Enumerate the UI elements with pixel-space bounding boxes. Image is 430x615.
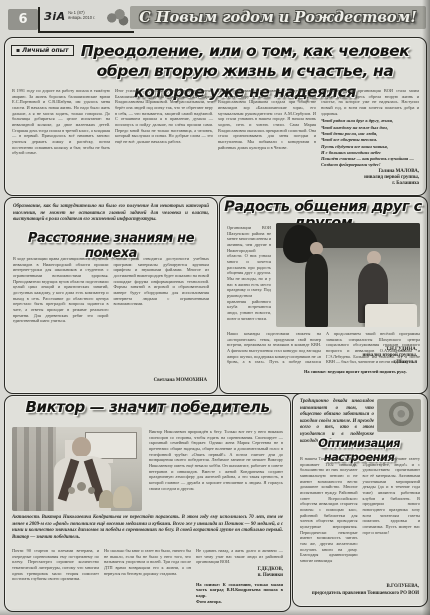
holly-decoration-icon — [104, 8, 130, 26]
article-rasstoyanie-body: В ходе реализации права дистанционного о… — [13, 256, 209, 372]
author-signature: Г.ДЕДКОВ, п. Починки — [196, 567, 283, 580]
body-column: Не сдавать назад, а жить долго и активно… — [196, 548, 283, 606]
article-preodolenie: ▪ Личный опыт Преодоление, или о том, ка… — [4, 37, 427, 196]
viktor-portrait-photo — [12, 427, 142, 511]
body-column-text: Теперь городская организация ВОИ стала м… — [321, 88, 419, 116]
certificate-frames — [85, 432, 136, 459]
rubric-label: ▪ Личный опыт — [11, 45, 74, 56]
event-photo — [276, 223, 420, 327]
body-column: Итог усилий — я попала в поле зрения пра… — [115, 88, 213, 189]
article-radost: Радость общения друг с другом Организаци… — [219, 196, 428, 394]
flower-photo — [377, 399, 421, 432]
page-number: 6 — [8, 9, 38, 30]
masthead-logo: ЗіА — [44, 11, 66, 22]
photo-caption: На снимке: ведущая просит зрителей подня… — [304, 369, 420, 375]
award-ribbons-background — [12, 427, 56, 511]
body-column: В нашем Тоншаевском районе проживает 110… — [300, 456, 358, 574]
newspaper-page: 6 ЗіА № 1 (87) январь 2010 г. С Новым го… — [0, 0, 430, 615]
photo-caption: На снимке: К сожалению, только малая час… — [196, 582, 283, 605]
article-viktor-photo-lead: Активность Виктора Николаевича Кондратье… — [12, 515, 283, 541]
body-column: Но сколько бы книг и газет ни было, ниче… — [104, 548, 191, 606]
white-table — [365, 304, 417, 327]
rubric-label-text: Личный опыт — [22, 47, 68, 54]
header-vertical-rule — [38, 7, 40, 32]
article-preodolenie-body: В 1991 году по дороге на работу попала в… — [12, 88, 419, 189]
header-horizontal-rule — [38, 31, 134, 33]
poem: Чтоб рядом шли друг к другу, живя, Чтоб … — [321, 118, 419, 168]
man-in-suit-figure — [305, 254, 328, 327]
article-optimizaciya-body: В нашем Тоншаевском районе проживает 110… — [300, 456, 420, 574]
author-signature: Т.Н.ГУДИНА, инвалид второй группы, г.Шах… — [362, 347, 417, 366]
body-column: Почти 90 стартов за плечами ветерана, и … — [12, 548, 99, 606]
holiday-banner: С Новым годом и Рождеством! — [130, 6, 426, 29]
body-column: безвозмездно получают газету «Здравствуй… — [363, 456, 421, 574]
body-column: Особая роль отводится доступности учебны… — [114, 256, 210, 372]
author-signature: Галина МАЛОВА, инвалид первой группы, г.… — [321, 169, 419, 188]
article-optimizaciya: Традиционно декада инвалидов напоминает … — [292, 393, 428, 607]
body-column-text: Не сдавать назад, а жить долго и активно… — [196, 548, 283, 565]
viktor-head — [72, 437, 92, 457]
body-column: Теперь городская организация ВОИ стала м… — [321, 88, 419, 189]
article-rasstoyanie-intro: Образование, как бы затруднительно ни бы… — [13, 204, 209, 224]
author-signature: Светлана МОМОХИНА — [154, 378, 207, 384]
holiday-banner-text: С Новым годом и Рождеством! — [139, 9, 416, 26]
body-column: Люди оборачиваются, но главное — не отча… — [218, 88, 316, 189]
article-viktor-title: Виктор — значит победитель — [9, 398, 286, 416]
article-viktor: Виктор — значит победитель Виктор Никола… — [4, 395, 291, 612]
article-viktor-body: Почти 90 стартов за плечами ветерана, и … — [12, 548, 283, 606]
body-column: Организации ВОИ Шахунского района не мен… — [227, 225, 271, 327]
body-column: В ходе реализации права дистанционного о… — [13, 256, 109, 372]
body-column: Виктор Николаевич прирождён к бегу. Толь… — [149, 429, 283, 513]
trophy-cup — [113, 486, 131, 508]
article-rasstoyanie: Образование, как бы затруднительно ни бы… — [4, 197, 218, 394]
author-signature: В.ГОЛУБЕВА, председатель правления Тонша… — [309, 584, 419, 597]
issue-info: № 1 (87) январь 2010 г. — [68, 10, 95, 21]
issue-date: январь 2010 г. — [68, 15, 95, 20]
body-column: Наши команды подготовили сюжеты на «исто… — [227, 331, 321, 365]
body-column: В 1991 году по дороге на работу попала в… — [12, 88, 110, 189]
